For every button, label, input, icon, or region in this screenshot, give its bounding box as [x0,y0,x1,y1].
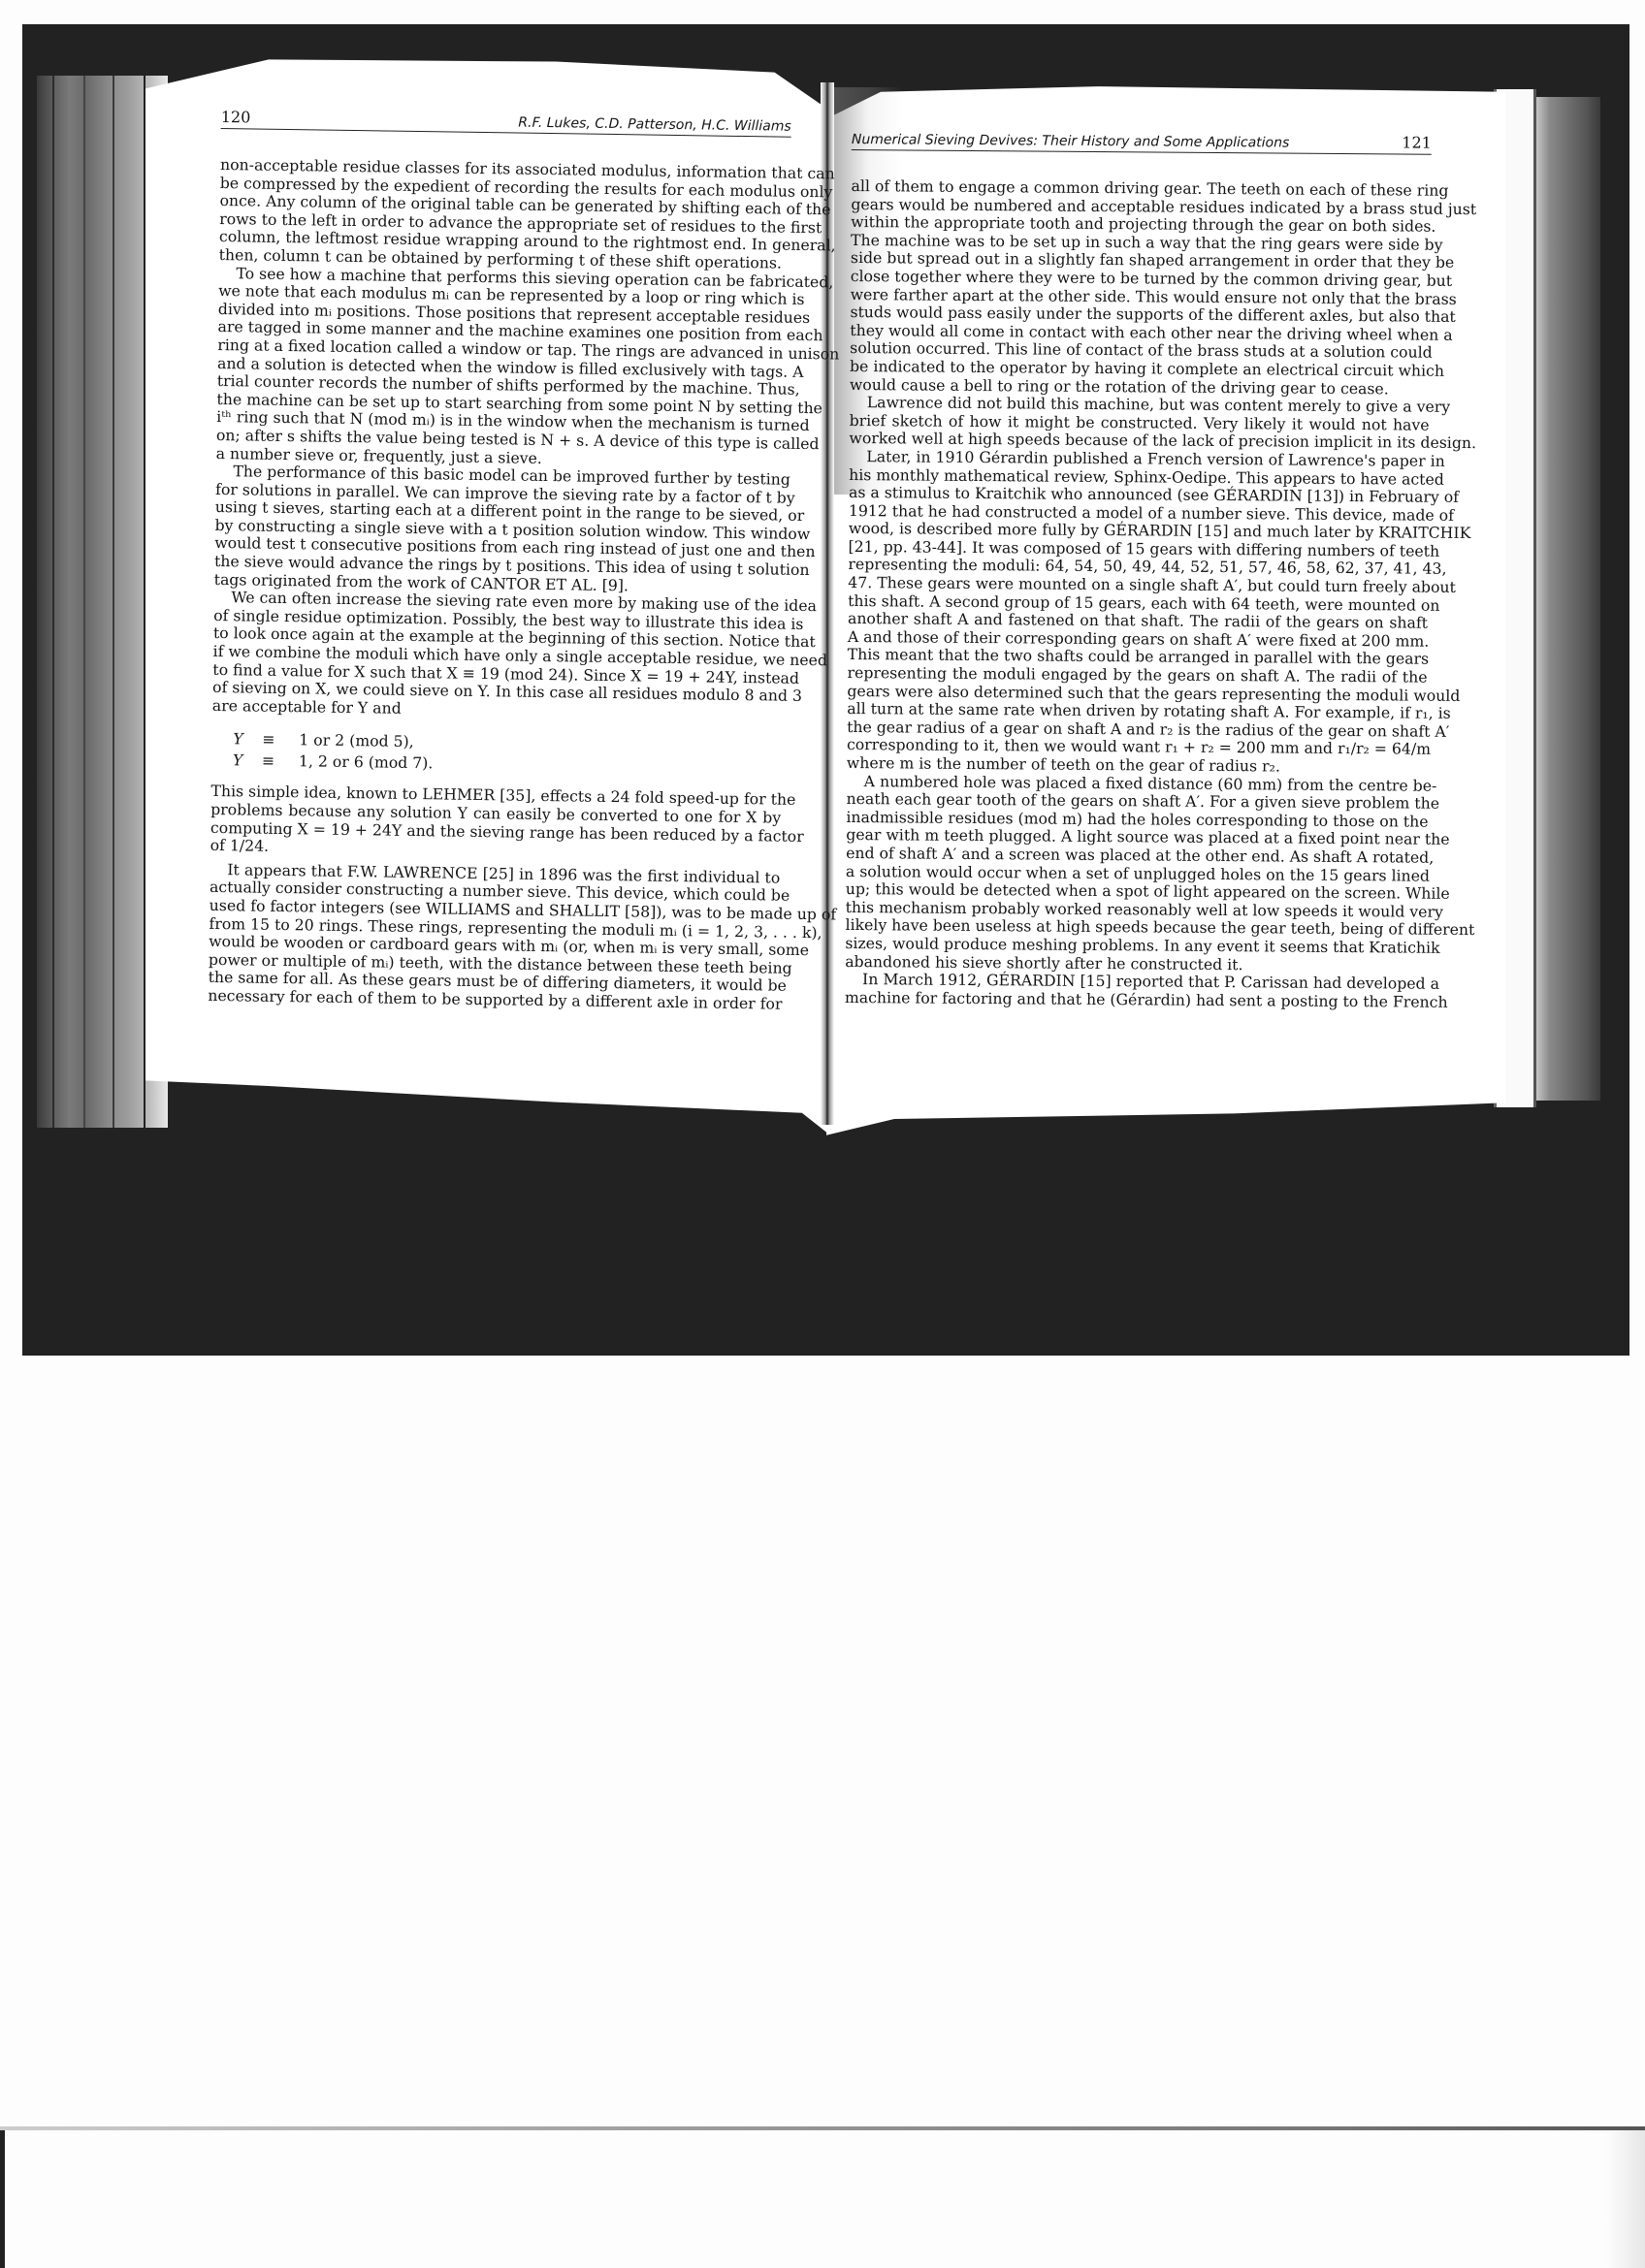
page-number: 121 [1402,133,1432,151]
right-page-edges [1532,97,1600,1101]
equation-rhs: 1 or 2 (mod 5), [299,730,414,753]
right-running-head: Numerical Sieving Devives: Their History… [852,126,1432,155]
left-page-content: 120 R.F. Lukes, C.D. Patterson, H.C. Wil… [208,105,791,1013]
page-edge-line [144,76,145,1128]
page-edge-line [113,76,114,1128]
scan-fold-line [0,2126,1645,2130]
equation-relation: ≡ [262,751,299,773]
left-body-text: non-acceptable residue classes for its a… [208,156,790,1013]
equation-relation: ≡ [262,729,299,751]
right-page-content: Numerical Sieving Devives: Their History… [845,126,1432,1011]
running-head-title: Numerical Sieving Devives: Their History… [852,132,1290,151]
equation-rhs: 1, 2 or 6 (mod 7). [299,751,434,775]
equation-block: Y ≡ 1 or 2 (mod 5), Y ≡ 1, 2 or 6 (mod 7… [233,729,783,780]
equation-lhs: Y [233,751,262,772]
scan-edge-bar [0,2130,5,2268]
page-edge-line [83,76,85,1128]
page-number: 120 [221,108,251,126]
scan-edge-shadow [1606,2130,1645,2268]
equation-lhs: Y [233,729,262,751]
right-body-text: all of them to engage a common driving g… [845,177,1432,1011]
page-edge-line [52,76,54,1128]
running-head-authors: R.F. Lukes, C.D. Patterson, H.C. William… [518,115,791,135]
